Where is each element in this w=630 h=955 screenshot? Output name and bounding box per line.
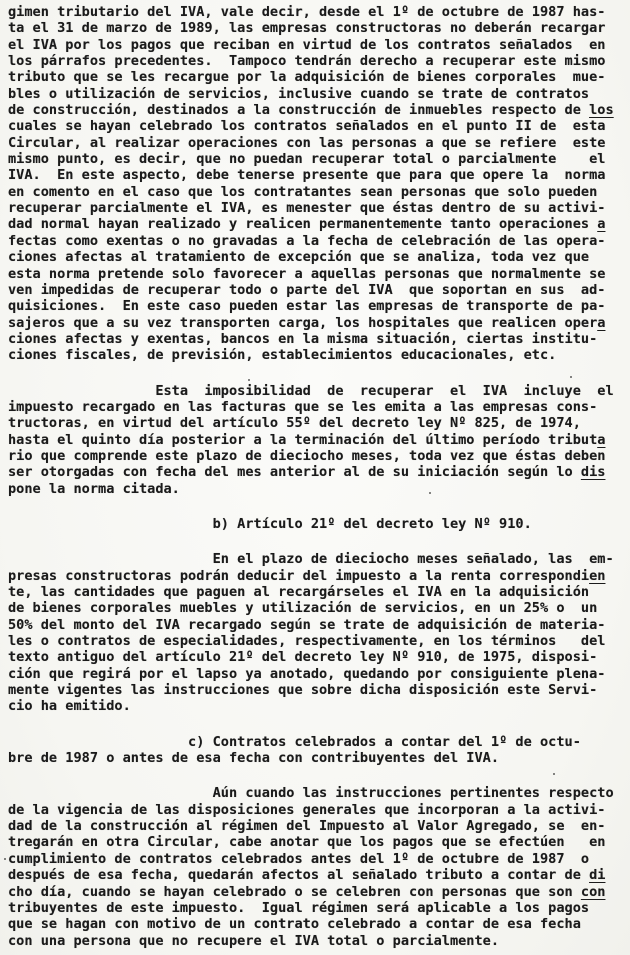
text-run: rio que comprende este plazo de diecioch… [8,448,605,464]
text-run: Circular, al realizar operaciones con la… [8,135,605,151]
text-run: gimen tributario del IVA, vale decir, de… [8,4,605,20]
scanned-document-page: gimen tributario del IVA, vale decir, de… [0,0,630,955]
text-line: ción que regirá por el lapso ya anotado,… [8,666,630,682]
text-line: mismo punto, es decir, que no puedan rec… [8,151,630,167]
text-run: impuesto recargado en las facturas que s… [8,399,597,415]
text-line: en comento en el caso que los contratant… [8,184,630,200]
text-run: tribuyentes de este impuesto. Igual régi… [8,900,589,916]
text-run: cumplimiento de contratos celebrados ant… [8,851,589,867]
text-run: dad de la construcción al régimen del Im… [8,818,605,834]
text-run: el IVA por los pagos que reciban en virt… [8,37,605,53]
text-run: Esta imposibilidad de recuperar el IVA i… [8,383,614,399]
text-run: fectas como exentas o no gravadas a la f… [8,233,605,249]
text-line: cio ha emitido. [8,698,630,714]
scan-speck [553,773,555,775]
text-run: Aún cuando las instrucciones pertinentes… [8,785,614,801]
text-line: tregarán en otra Circular, cabe anotar q… [8,834,630,850]
document-text: gimen tributario del IVA, vale decir, de… [8,4,630,949]
text-line: 50% del monto del IVA recargado según se… [8,617,630,633]
text-run: presas constructoras podrán deducir del … [8,568,589,584]
text-run: de la vigencia de las disposiciones gene… [8,802,605,818]
text-run: recuperar parcialmente el IVA, es menest… [8,200,605,216]
word-continuation-underline: a [597,216,605,232]
text-run: que se hagan con motivo de un contrato c… [8,916,581,932]
scan-speck [4,858,6,860]
text-line: dad de la construcción al régimen del Im… [8,818,630,834]
paragraph: Esta imposibilidad de recuperar el IVA i… [8,383,630,497]
text-run: ción que regirá por el lapso ya anotado,… [8,666,605,682]
text-line: fectas como exentas o no gravadas a la f… [8,233,630,249]
word-continuation-underline: en [589,568,605,584]
text-run: tributo que se les recargue por la adqui… [8,69,605,85]
text-line: sajeros que a su vez transporten carga, … [8,315,630,331]
text-run: tregarán en otra Circular, cabe anotar q… [8,834,605,850]
text-line: c) Contratos celebrados a contar del 1º … [8,734,630,750]
text-run: cio ha emitido. [8,698,131,714]
text-line: Circular, al realizar operaciones con la… [8,135,630,151]
text-line: quisiciones. En este caso pueden estar l… [8,298,630,314]
text-line: te, las cantidades que paguen al recargá… [8,584,630,600]
text-line: tribuyentes de este impuesto. Igual régi… [8,900,630,916]
text-run: dad normal hayan realizado y realicen pe… [8,216,597,232]
text-line: cuales se hayan celebrado los contratos … [8,118,630,134]
text-line: ta el 31 de marzo de 1989, las empresas … [8,20,630,36]
text-run: quisiciones. En este caso pueden estar l… [8,298,605,314]
word-continuation-underline: di [589,867,605,883]
text-line: mente vigentes las instrucciones que sob… [8,682,630,698]
text-run: cho día, cuando se hayan celebrado o se … [8,884,581,900]
text-line: después de esa fecha, quedarán afectos a… [8,867,630,883]
text-line: de bienes corporales muebles y utilizaci… [8,600,630,616]
text-line: En el plazo de dieciocho meses señalado,… [8,551,630,567]
text-line: bre de 1987 o antes de esa fecha con con… [8,750,630,766]
text-run: ser otorgadas con fecha del mes anterior… [8,464,581,480]
word-continuation-underline: con [581,884,606,900]
text-run: de construcción, destinados a la constru… [8,102,589,118]
paragraph: Aún cuando las instrucciones pertinentes… [8,785,630,948]
text-line: ciones fiscales, de previsión, estableci… [8,347,630,363]
text-run: ta el 31 de marzo de 1989, las empresas … [8,20,605,36]
text-line: presas constructoras podrán deducir del … [8,568,630,584]
section-heading: b) Artículo 21º del decreto ley Nº 910. [8,516,630,532]
paragraph: gimen tributario del IVA, vale decir, de… [8,4,630,364]
text-line: texto antiguo del artículo 21º del decre… [8,649,630,665]
text-run: cuales se hayan celebrado los contratos … [8,118,605,134]
text-line: hasta el quinto día posterior a la termi… [8,432,630,448]
text-run: ciones fiscales, de previsión, estableci… [8,347,556,363]
word-continuation-underline: dis [581,464,606,480]
text-run: te, las cantidades que paguen al recargá… [8,584,589,600]
text-run: mismo punto, es decir, que no puedan rec… [8,151,605,167]
text-run: en comento en el caso que los contratant… [8,184,597,200]
word-continuation-underline: a [597,432,605,448]
text-line: ciones afectas al tratamiento de excepci… [8,249,630,265]
text-line: recuperar parcialmente el IVA, es menest… [8,200,630,216]
text-run: En el plazo de dieciocho meses señalado,… [8,551,614,567]
text-line: Esta imposibilidad de recuperar el IVA i… [8,383,630,399]
text-line: tructoras, en virtud del artículo 55º de… [8,415,630,431]
text-line: tributo que se les recargue por la adqui… [8,69,630,85]
text-line: de construcción, destinados a la constru… [8,102,630,118]
text-line: b) Artículo 21º del decreto ley Nº 910. [8,516,630,532]
text-line: ciones afectas y exentas, bancos en la m… [8,331,630,347]
text-line: les o contratos de especialidades, respe… [8,633,630,649]
text-run: 50% del monto del IVA recargado según se… [8,617,605,633]
text-line: con una persona que no recupere el IVA t… [8,933,630,949]
text-line: que se hagan con motivo de un contrato c… [8,916,630,932]
paragraph: En el plazo de dieciocho meses señalado,… [8,551,630,714]
text-run: después de esa fecha, quedarán afectos a… [8,867,589,883]
text-run: los párrafos precedentes. Tampoco tendrá… [8,53,605,69]
section-heading: c) Contratos celebrados a contar del 1º … [8,734,630,767]
text-line: los párrafos precedentes. Tampoco tendrá… [8,53,630,69]
text-line: cho día, cuando se hayan celebrado o se … [8,884,630,900]
text-line: ser otorgadas con fecha del mes anterior… [8,464,630,480]
text-line: de la vigencia de las disposiciones gene… [8,802,630,818]
text-run: texto antiguo del artículo 21º del decre… [8,649,597,665]
word-continuation-underline: los [589,102,614,118]
text-line: el IVA por los pagos que reciban en virt… [8,37,630,53]
text-line: pone la norma citada. [8,481,630,497]
text-run: ciones afectas y exentas, bancos en la m… [8,331,597,347]
text-line: impuesto recargado en las facturas que s… [8,399,630,415]
text-line: rio que comprende este plazo de diecioch… [8,448,630,464]
scan-speck [248,379,250,381]
text-run: bre de 1987 o antes de esa fecha con con… [8,750,499,766]
text-run: ven impedidas de recuperar todo o parte … [8,282,605,298]
text-line: IVA. En este aspecto, debe tenerse prese… [8,167,630,183]
text-run: esta norma pretende solo favorecer a aqu… [8,266,605,282]
text-run: IVA. En este aspecto, debe tenerse prese… [8,167,605,183]
text-line: Aún cuando las instrucciones pertinentes… [8,785,630,801]
text-run: les o contratos de especialidades, respe… [8,633,605,649]
text-line: bles o utilización de servicios, inclusi… [8,86,630,102]
word-continuation-underline: a [597,315,605,331]
text-run: c) Contratos celebrados a contar del 1º … [8,734,581,750]
text-line: cumplimiento de contratos celebrados ant… [8,851,630,867]
text-run: ciones afectas al tratamiento de excepci… [8,249,589,265]
text-run: bles o utilización de servicios, inclusi… [8,86,589,102]
text-run: con una persona que no recupere el IVA t… [8,933,499,949]
text-run: tructoras, en virtud del artículo 55º de… [8,415,581,431]
text-run: mente vigentes las instrucciones que sob… [8,682,597,698]
text-run: hasta el quinto día posterior a la termi… [8,432,597,448]
text-line: gimen tributario del IVA, vale decir, de… [8,4,630,20]
scan-speck [570,376,572,378]
text-line: esta norma pretende solo favorecer a aqu… [8,266,630,282]
text-line: ven impedidas de recuperar todo o parte … [8,282,630,298]
scan-speck [429,492,431,494]
text-run: de bienes corporales muebles y utilizaci… [8,600,597,616]
text-line: dad normal hayan realizado y realicen pe… [8,216,630,232]
text-run: sajeros que a su vez transporten carga, … [8,315,597,331]
text-run: b) Artículo 21º del decreto ley Nº 910. [8,516,532,532]
text-run: pone la norma citada. [8,481,180,497]
